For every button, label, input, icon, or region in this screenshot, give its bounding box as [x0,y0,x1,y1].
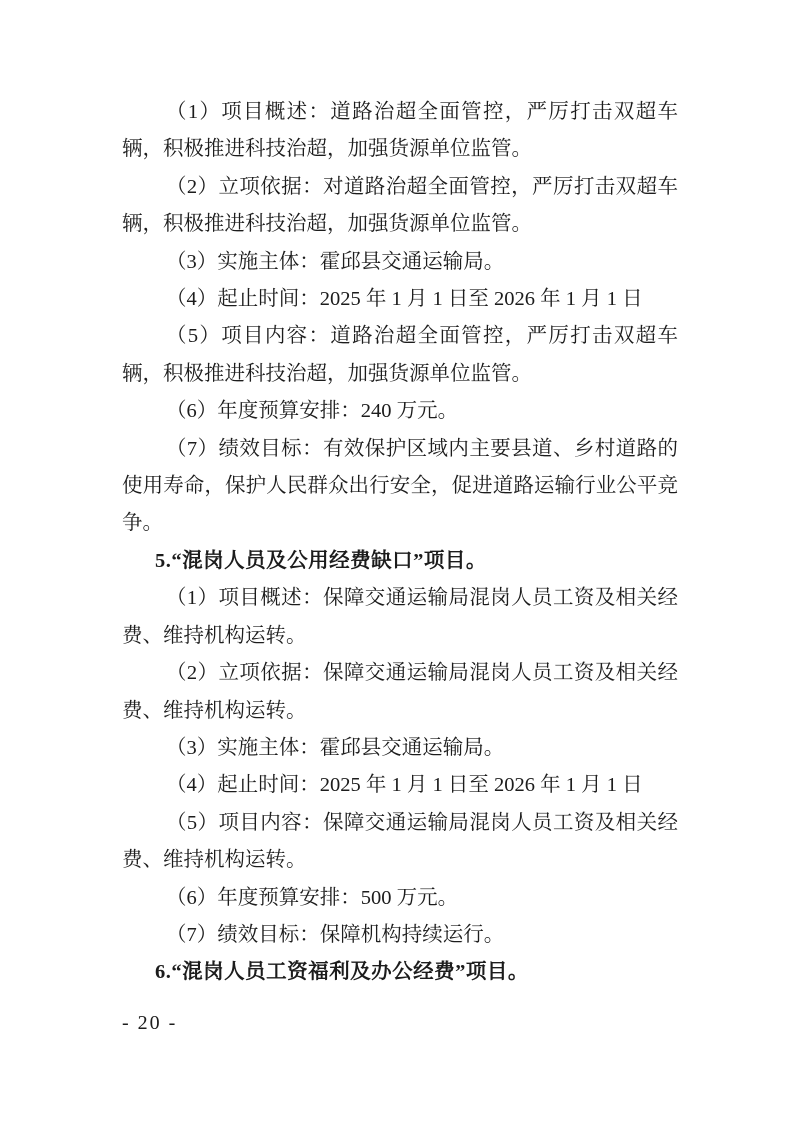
page-content: （1）项目概述：道路治超全面管控，严厉打击双超车辆，积极推进科技治超，加强货源单… [122,94,678,992]
project4-item-content: （5）项目内容：道路治超全面管控，严厉打击双超车辆，积极推进科技治超，加强货源单… [122,318,678,393]
project4-item-budget: （6）年度预算安排：240 万元。 [122,393,678,430]
page-number: - 20 - [122,1012,177,1035]
project5-item-performance: （7）绩效目标：保障机构持续运行。 [122,917,678,954]
project5-item-implementer: （3）实施主体：霍邱县交通运输局。 [122,730,678,767]
project4-item-duration: （4）起止时间：2025 年 1 月 1 日至 2026 年 1 月 1 日 [122,281,678,318]
project4-item-overview: （1）项目概述：道路治超全面管控，严厉打击双超车辆，积极推进科技治超，加强货源单… [122,94,678,169]
project5-item-content: （5）项目内容：保障交通运输局混岗人员工资及相关经费、维持机构运转。 [122,805,678,880]
project4-item-basis: （2）立项依据：对道路治超全面管控，严厉打击双超车辆，积极推进科技治超，加强货源… [122,169,678,244]
project4-item-implementer: （3）实施主体：霍邱县交通运输局。 [122,244,678,281]
project4-item-performance: （7）绩效目标：有效保护区域内主要县道、乡村道路的使用寿命，保护人民群众出行安全… [122,431,678,543]
project5-item-basis: （2）立项依据：保障交通运输局混岗人员工资及相关经费、维持机构运转。 [122,655,678,730]
document-page: （1）项目概述：道路治超全面管控，严厉打击双超车辆，积极推进科技治超，加强货源单… [0,0,793,1122]
project5-item-overview: （1）项目概述：保障交通运输局混岗人员工资及相关经费、维持机构运转。 [122,580,678,655]
project5-item-budget: （6）年度预算安排：500 万元。 [122,880,678,917]
project5-heading: 5.“混岗人员及公用经费缺口”项目。 [122,543,678,580]
project6-heading: 6.“混岗人员工资福利及办公经费”项目。 [122,954,678,991]
project5-item-duration: （4）起止时间：2025 年 1 月 1 日至 2026 年 1 月 1 日 [122,767,678,804]
